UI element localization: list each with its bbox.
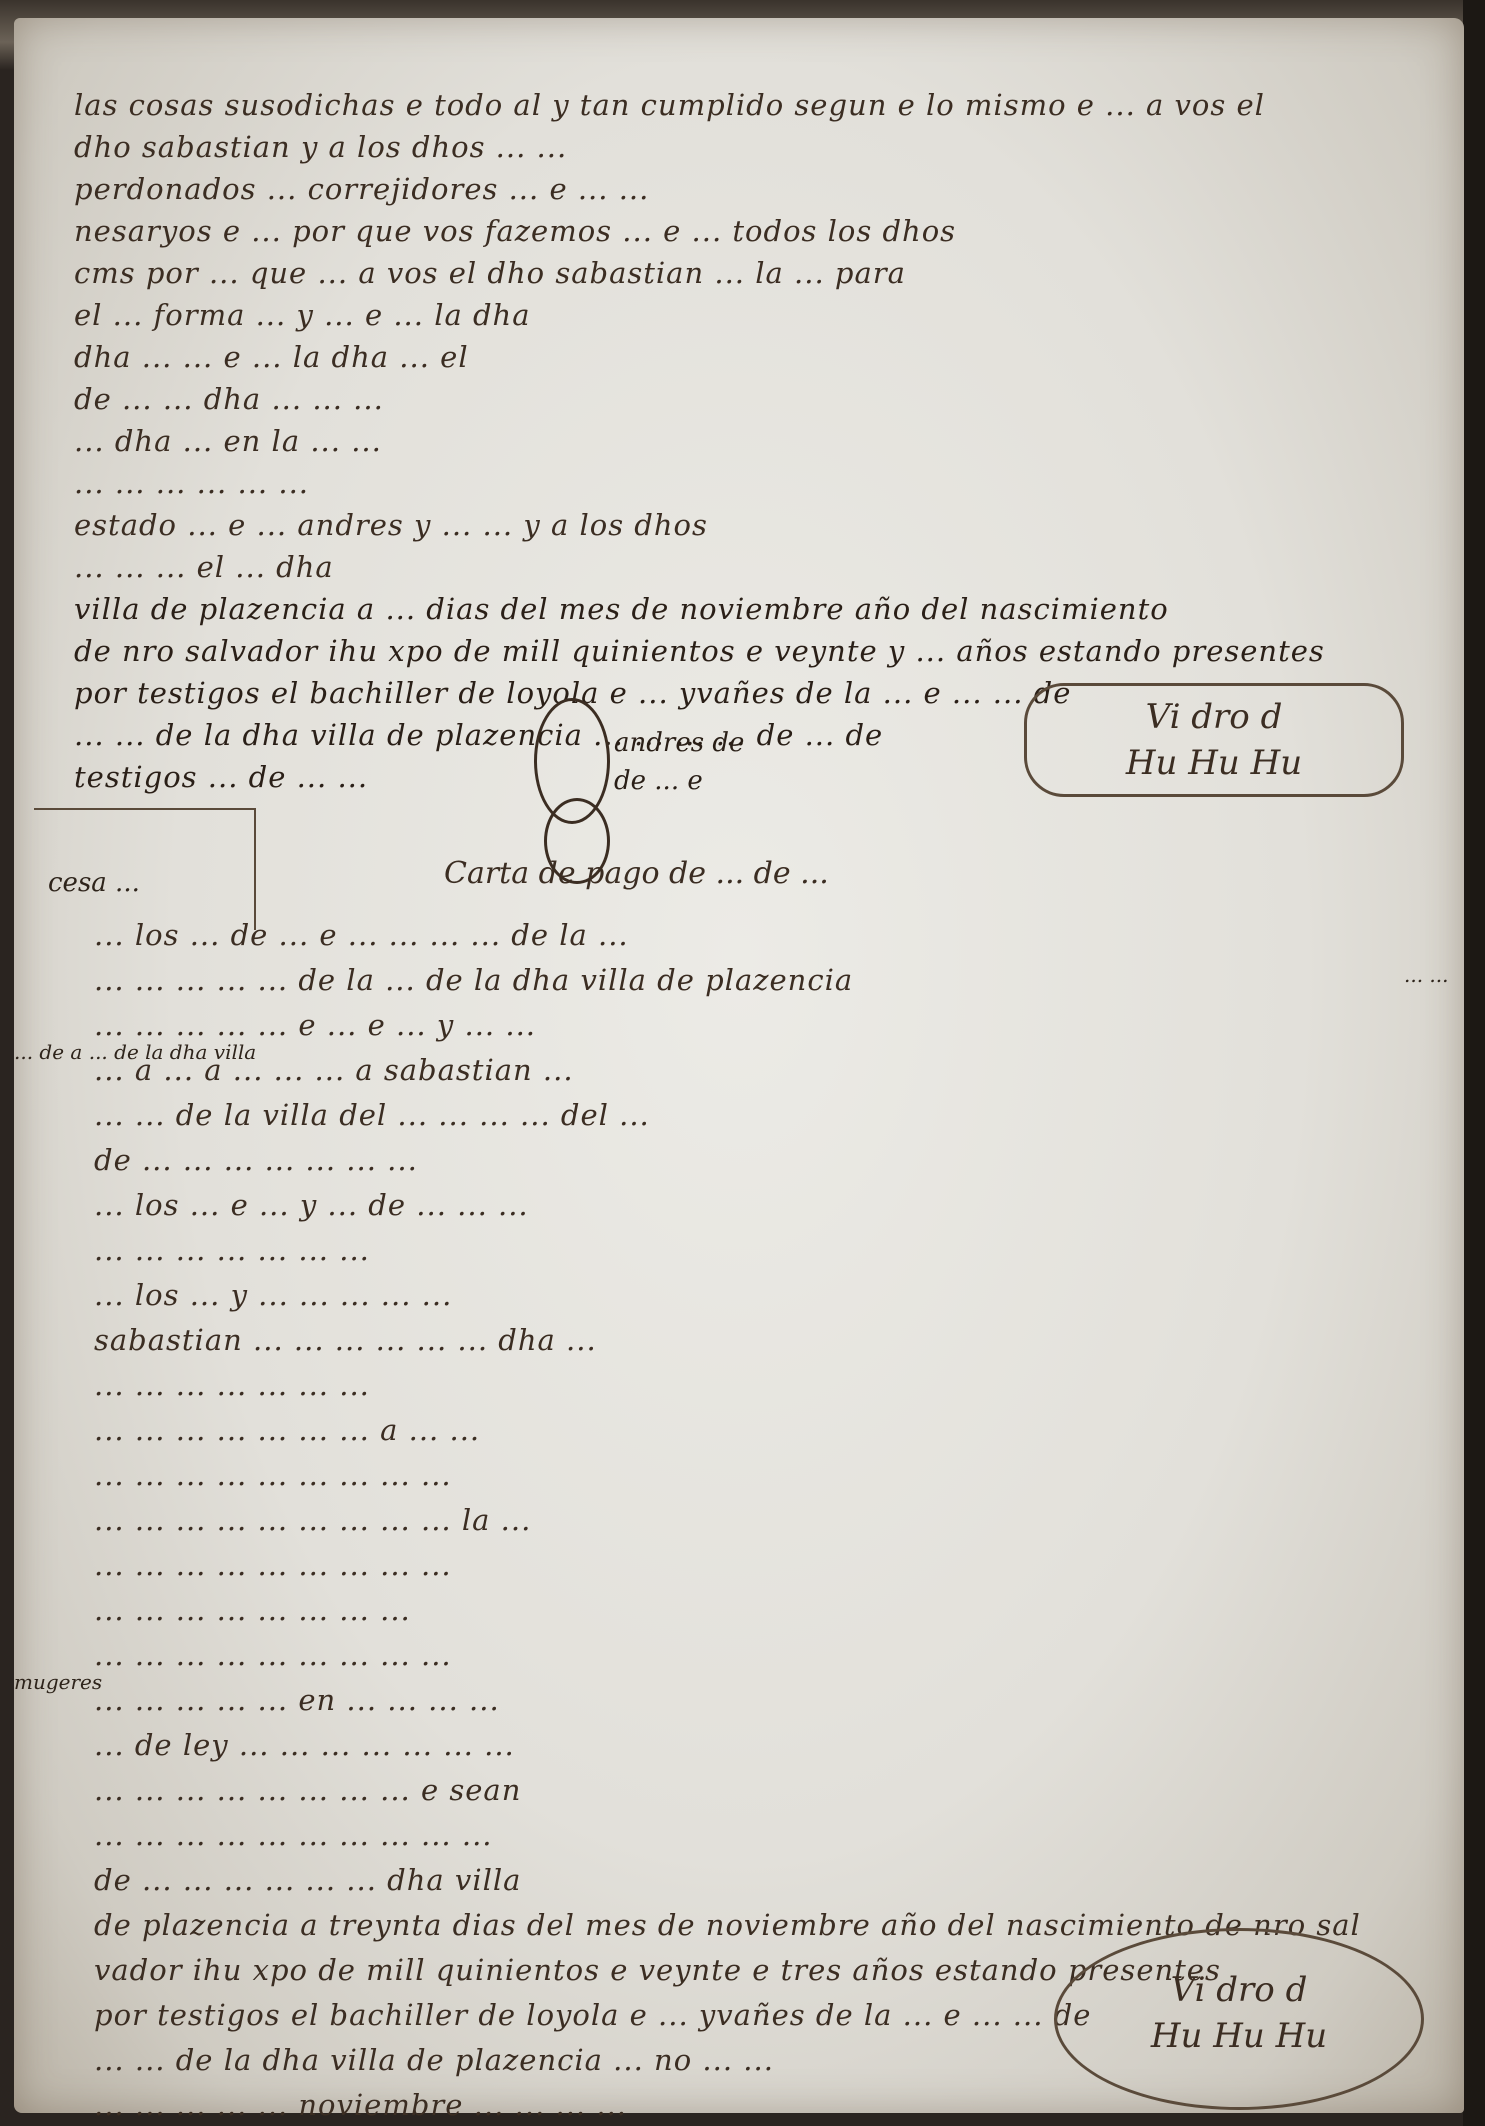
text-line: villa de plazencia a ... dias del mes de… (74, 592, 1374, 626)
text-line: ... ... ... ... ... noviembre ... ... ..… (94, 2088, 1054, 2122)
text-line: ... ... ... ... ... ... ... ... ... ... (94, 1818, 1394, 1852)
text-line: ... ... ... ... ... ... ... (94, 1368, 1394, 1402)
text-line: ... ... ... ... ... ... ... ... ... (94, 1638, 1394, 1672)
margin-note-left: mugeres (14, 1670, 102, 1694)
text-line: nesaryos e ... por que vos fazemos ... e… (74, 214, 1404, 248)
text-line: sabastian ... ... ... ... ... ... dha ..… (94, 1323, 1394, 1357)
text-line: ... los ... de ... e ... ... ... ... de … (94, 918, 1404, 952)
text-line: ... ... ... ... ... e ... e ... y ... ..… (94, 1008, 1394, 1042)
text-line: de ... ... dha ... ... ... (74, 382, 1374, 416)
visto-mark-top: Vi dro d Hu Hu Hu (1024, 683, 1404, 797)
text-line: de ... ... ... ... ... ... ... (94, 1143, 1394, 1177)
margin-note-left: ... de a ... de la dha villa (14, 1040, 256, 1064)
text-line: las cosas susodichas e todo al y tan cum… (74, 88, 1404, 122)
text-line: ... ... ... ... ... ... ... (94, 1233, 1394, 1267)
text-line: ... ... de la villa del ... ... ... ... … (94, 1098, 1394, 1132)
text-line: cms por ... que ... a vos el dho sabasti… (74, 256, 1404, 290)
margin-note-right: ... ... (1404, 963, 1449, 987)
text-line: ... ... ... ... ... en ... ... ... ... (94, 1683, 1394, 1717)
text-line: el ... forma ... y ... e ... la dha (74, 298, 1374, 332)
text-line: de nro salvador ihu xpo de mill quinient… (74, 634, 1394, 668)
visto-line-1: Vi dro d (1079, 1967, 1399, 2013)
text-line: ... ... ... ... ... ... ... a ... ... (94, 1413, 1394, 1447)
text-line: dha ... ... e ... la dha ... el (74, 340, 1374, 374)
text-line: ... ... ... ... ... ... ... ... (94, 1593, 1394, 1627)
text-line: perdonados ... correjidores ... e ... ..… (74, 172, 1394, 206)
text-line: ... ... ... ... ... ... ... ... e sean (94, 1773, 1394, 1807)
text-line: ... ... ... el ... dha (74, 550, 1374, 584)
text-line: ... ... ... ... ... de la ... de la dha … (94, 963, 1404, 997)
text-line: de ... ... ... ... ... ... dha villa (94, 1863, 1394, 1897)
visto-line-2: Hu Hu Hu (1079, 2013, 1399, 2059)
signature-line-2: de ... e (614, 766, 703, 796)
section-heading: Carta de pago de ... de ... (444, 856, 829, 891)
text-line: estado ... e ... andres y ... ... y a lo… (74, 508, 1374, 542)
text-line: ... ... ... ... ... ... (74, 466, 1374, 500)
text-line: ... a ... a ... ... ... a sabastian ... (94, 1053, 1394, 1087)
visto-line-2: Hu Hu Hu (1049, 740, 1379, 786)
text-line: ... ... ... ... ... ... ... ... ... (94, 1458, 1394, 1492)
text-line: ... ... ... ... ... ... ... ... ... (94, 1548, 1394, 1582)
text-line: ... los ... e ... y ... de ... ... ... (94, 1188, 1394, 1222)
binding-edge (1463, 0, 1485, 2126)
visto-mark-bottom: Vi dro d Hu Hu Hu (1054, 1928, 1424, 2110)
text-line: ... de ley ... ... ... ... ... ... ... (94, 1728, 1394, 1762)
text-line: ... dha ... en la ... ... (74, 424, 1374, 458)
signature-line-1: andres de (614, 728, 744, 758)
manuscript-page: las cosas susodichas e todo al y tan cum… (14, 18, 1464, 2113)
text-line: ... ... ... ... ... ... ... ... ... la .… (94, 1503, 1394, 1537)
text-line: ... los ... y ... ... ... ... ... (94, 1278, 1394, 1312)
text-line: dho sabastian y a los dhos ... ... (74, 130, 1404, 164)
visto-line-1: Vi dro d (1049, 694, 1379, 740)
margin-note-box: cesa ... (48, 868, 140, 898)
